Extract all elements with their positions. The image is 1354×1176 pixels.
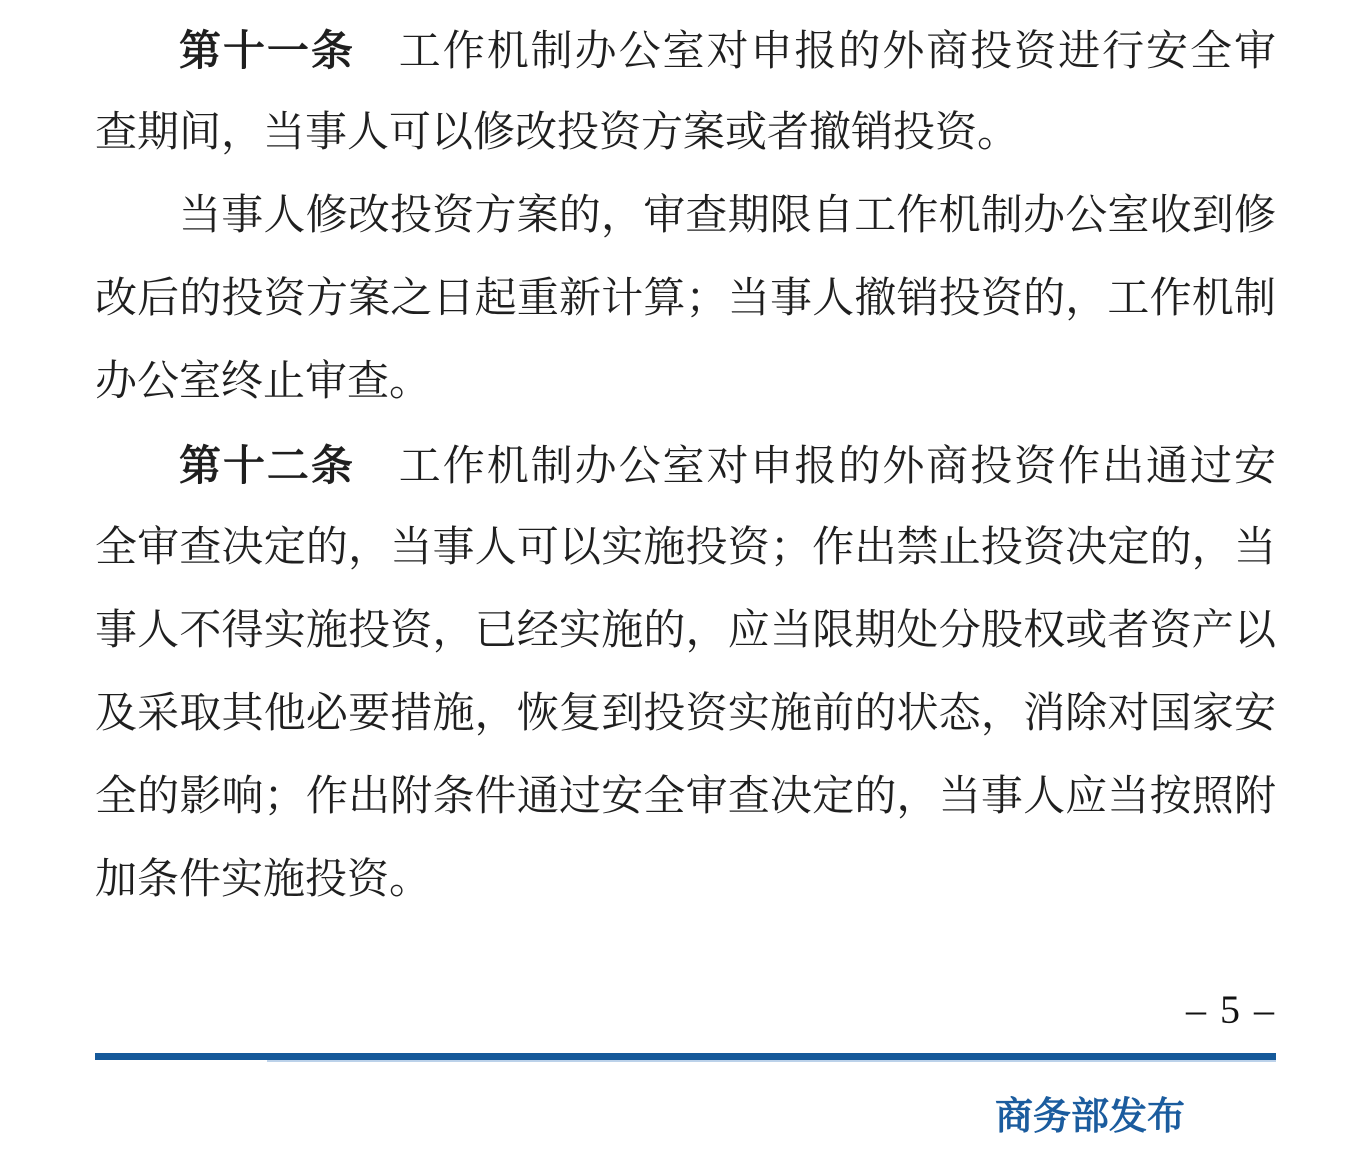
text-line: 及采取其他必要措施，恢复到投资实施前的状态，消除对国家安	[95, 673, 1276, 756]
text-line: 加条件实施投资。	[95, 839, 1276, 922]
text-line: 办公室终止审查。	[95, 341, 1276, 424]
text-line: 查期间，当事人可以修改投资方案或者撤销投资。	[95, 92, 1276, 175]
text-line: 改后的投资方案之日起重新计算；当事人撤销投资的，工作机制	[95, 258, 1276, 341]
publisher-label: 商务部发布	[995, 1092, 1185, 1142]
text-line: 全的影响；作出附条件通过安全审查决定的，当事人应当按照附	[95, 756, 1276, 839]
text-line: 事人不得实施投资，已经实施的，应当限期处分股权或者资产以	[95, 590, 1276, 673]
footer-divider	[95, 1053, 1276, 1060]
text-line: 第十二条 工作机制办公室对申报的外商投资作出通过安	[95, 424, 1276, 507]
text-line: 第十一条 工作机制办公室对申报的外商投资进行安全审	[95, 9, 1276, 92]
article-number: 第十二条	[179, 442, 355, 489]
document-body: 第十一条 工作机制办公室对申报的外商投资进行安全审查期间，当事人可以修改投资方案…	[95, 9, 1276, 922]
text-line: 当事人修改投资方案的，审查期限自工作机制办公室收到修	[95, 175, 1276, 258]
article-number: 第十一条	[179, 27, 355, 74]
text-line: 全审查决定的，当事人可以实施投资；作出禁止投资决定的，当	[95, 507, 1276, 590]
page-number: – 5 –	[95, 986, 1276, 1034]
document-page: { "page": { "background": "#ffffff", "te…	[0, 0, 1354, 1176]
